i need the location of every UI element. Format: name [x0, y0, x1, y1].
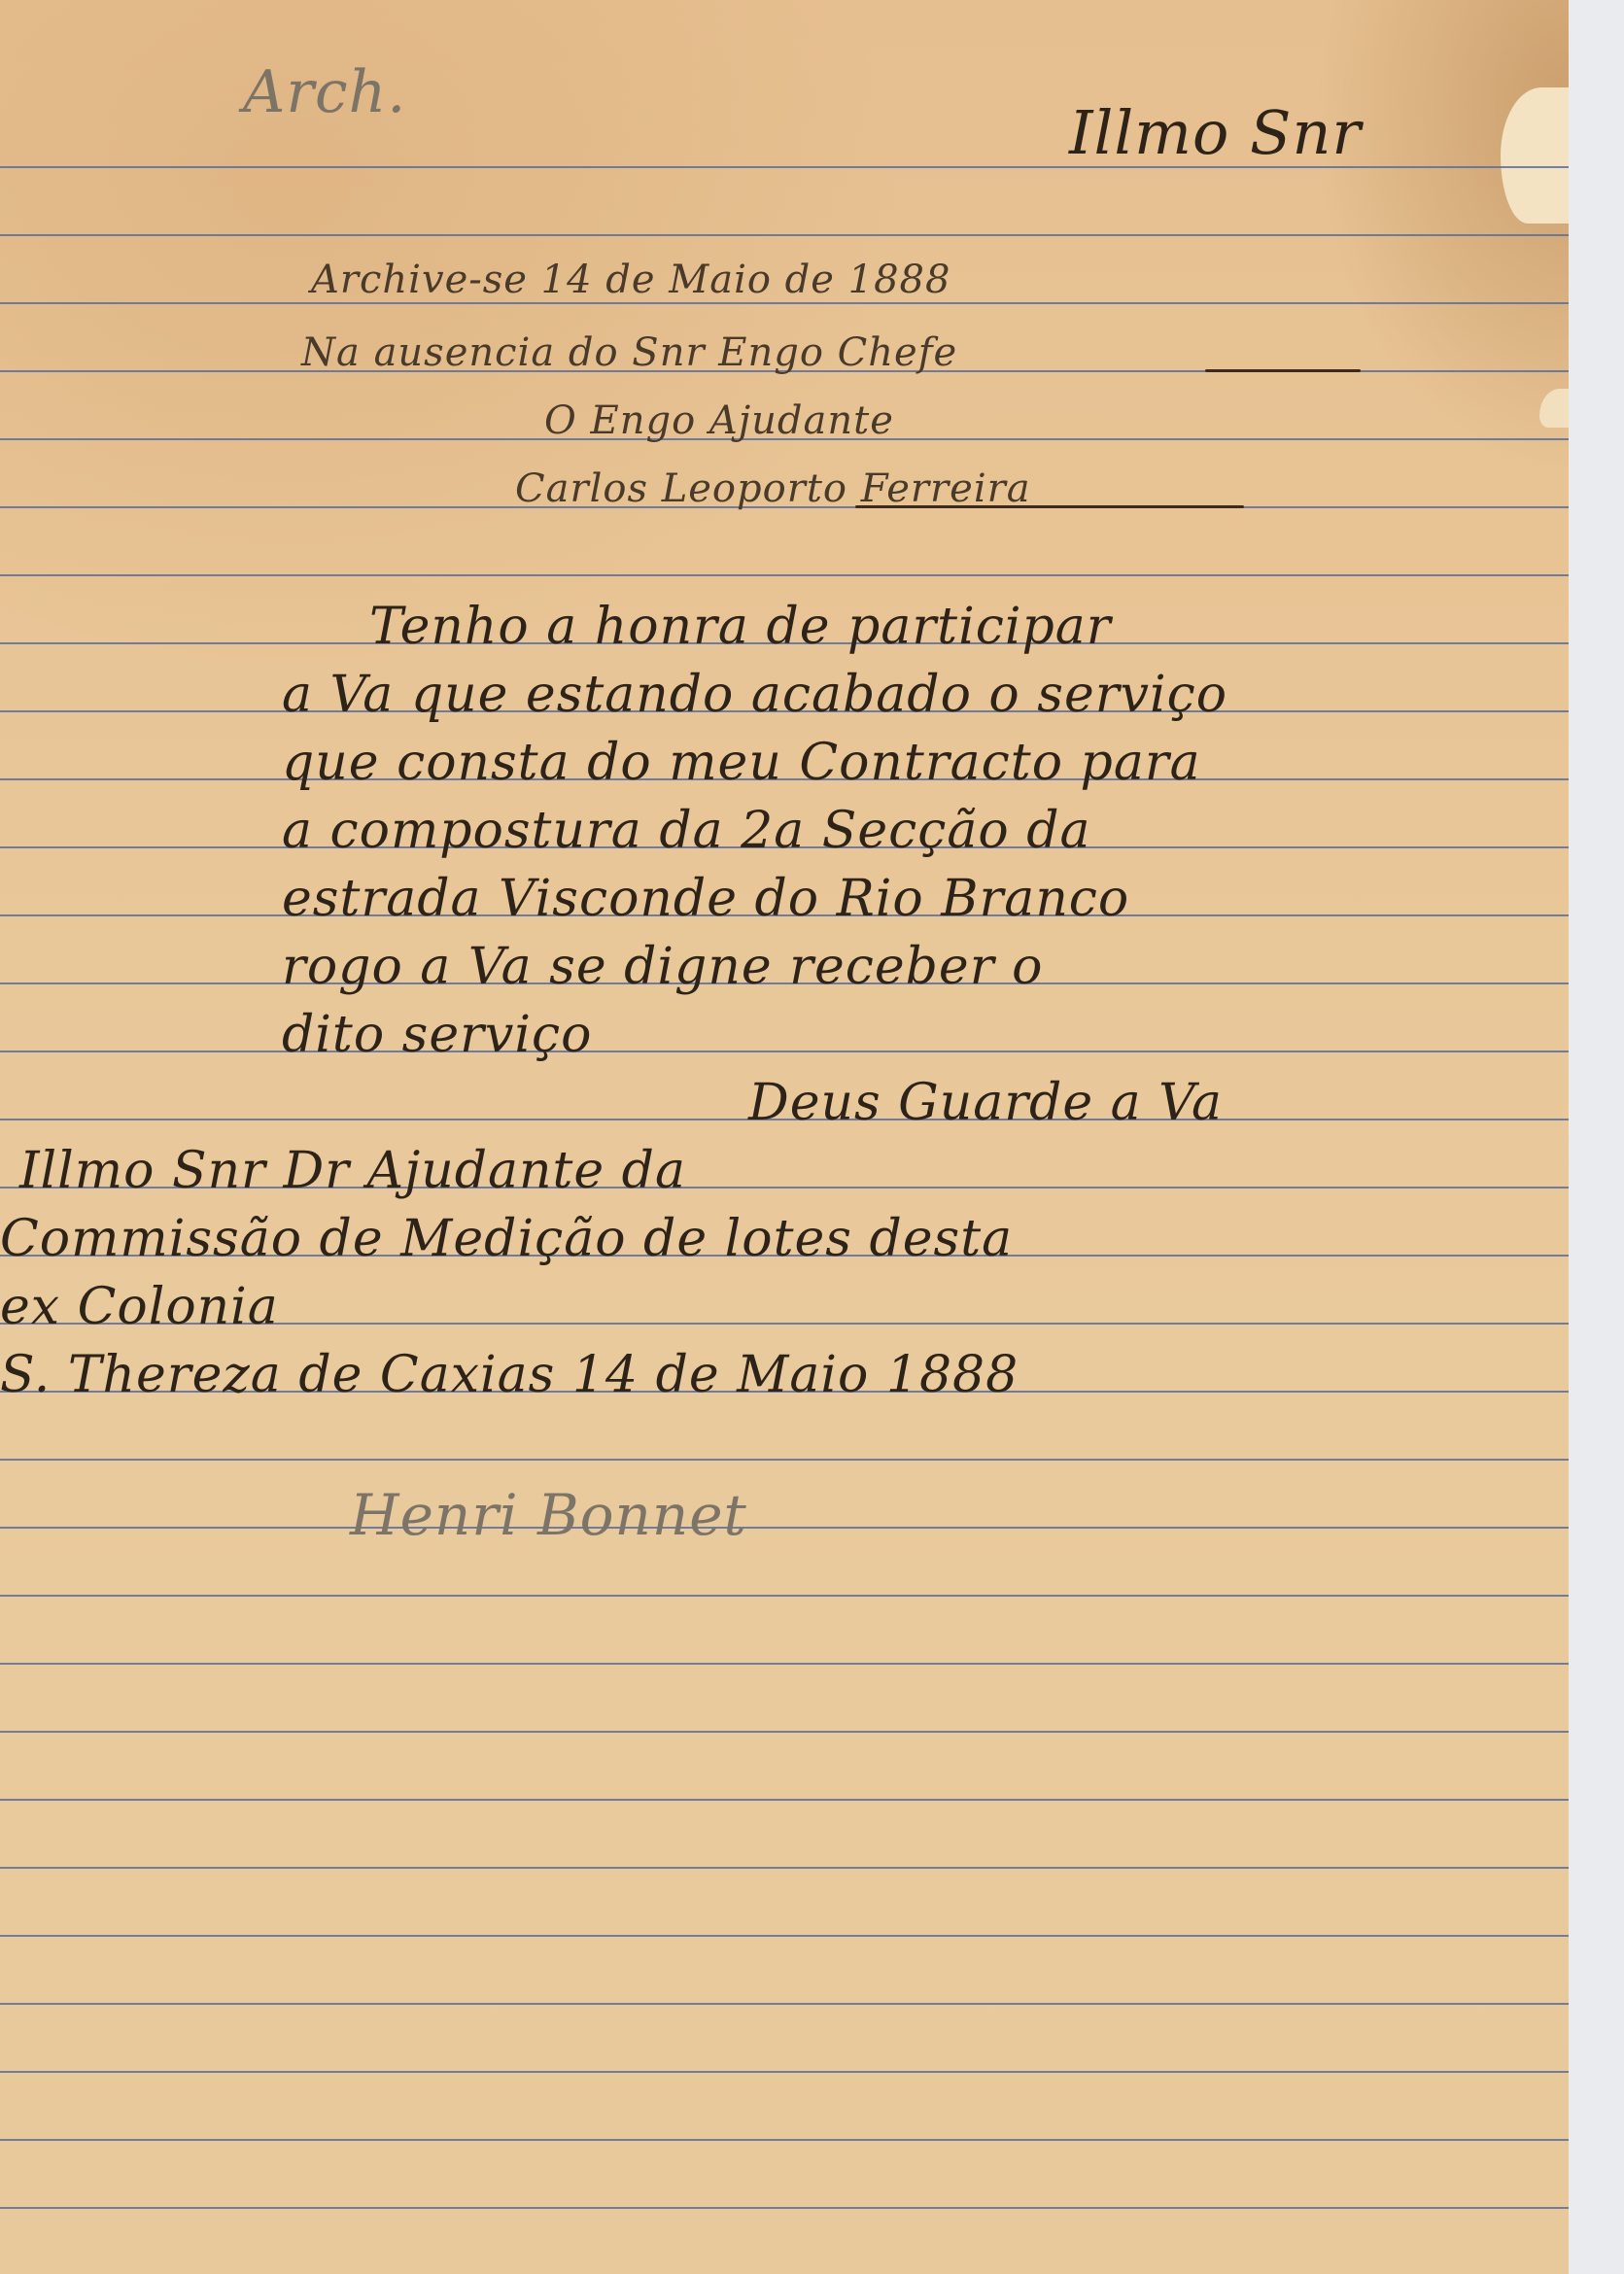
ruled-line — [0, 302, 1569, 304]
ruled-line — [0, 234, 1569, 236]
flourish — [1205, 369, 1361, 372]
ruled-line — [0, 2207, 1569, 2209]
body-line-7: dito serviço — [282, 1006, 592, 1064]
ruled-line — [0, 2003, 1569, 2005]
body-line-6: rogo a Va se digne receber o — [282, 938, 1043, 996]
ruled-line — [0, 1527, 1569, 1529]
ruled-line — [0, 1595, 1569, 1597]
ruled-line — [0, 2071, 1569, 2073]
body-line-5: estrada Visconde do Rio Branco — [282, 870, 1129, 928]
archive-note-line1: Archive-se 14 de Maio de 1888 — [311, 258, 950, 302]
ruled-line — [0, 1459, 1569, 1461]
ruled-line — [0, 1663, 1569, 1665]
body-line-1: Tenho a honra de participar — [369, 598, 1112, 656]
ruled-line — [0, 2139, 1569, 2141]
ruled-line — [0, 1867, 1569, 1869]
ruled-line — [0, 1935, 1569, 1937]
ruled-line — [0, 574, 1569, 576]
place-date: S. Thereza de Caxias 14 de Maio 1888 — [0, 1346, 1019, 1404]
body-line-2: a Va que estando acabado o serviço — [282, 666, 1227, 724]
archive-note-line3: O Engo Ajudante — [544, 398, 894, 443]
body-line-3: que consta do meu Contracto para — [282, 734, 1201, 792]
signature-flourish — [855, 505, 1244, 508]
addressee-line-3: ex Colonia — [0, 1278, 279, 1336]
signature: Henri Bonnet — [350, 1482, 747, 1548]
pencil-note: Arch. — [243, 58, 406, 126]
addressee-line-1: Illmo Snr Dr Ajudante da — [19, 1142, 686, 1200]
ruled-paper-sheet: Arch. Illmo Snr Archive-se 14 de Maio de… — [0, 0, 1569, 2274]
torn-edge — [1501, 87, 1569, 224]
archive-note-line2: Na ausencia do Snr Engo Chefe — [301, 330, 957, 375]
ruled-line — [0, 1731, 1569, 1733]
addressee-line-2: Commissão de Medição de lotes desta — [0, 1210, 1013, 1268]
ruled-line — [0, 1051, 1569, 1052]
closing: Deus Guarde a Va — [748, 1074, 1223, 1132]
ruled-line — [0, 1799, 1569, 1801]
salutation: Illmo Snr — [1069, 97, 1362, 168]
body-line-4: a compostura da 2a Secção da — [282, 802, 1091, 860]
torn-edge-small — [1539, 389, 1569, 428]
